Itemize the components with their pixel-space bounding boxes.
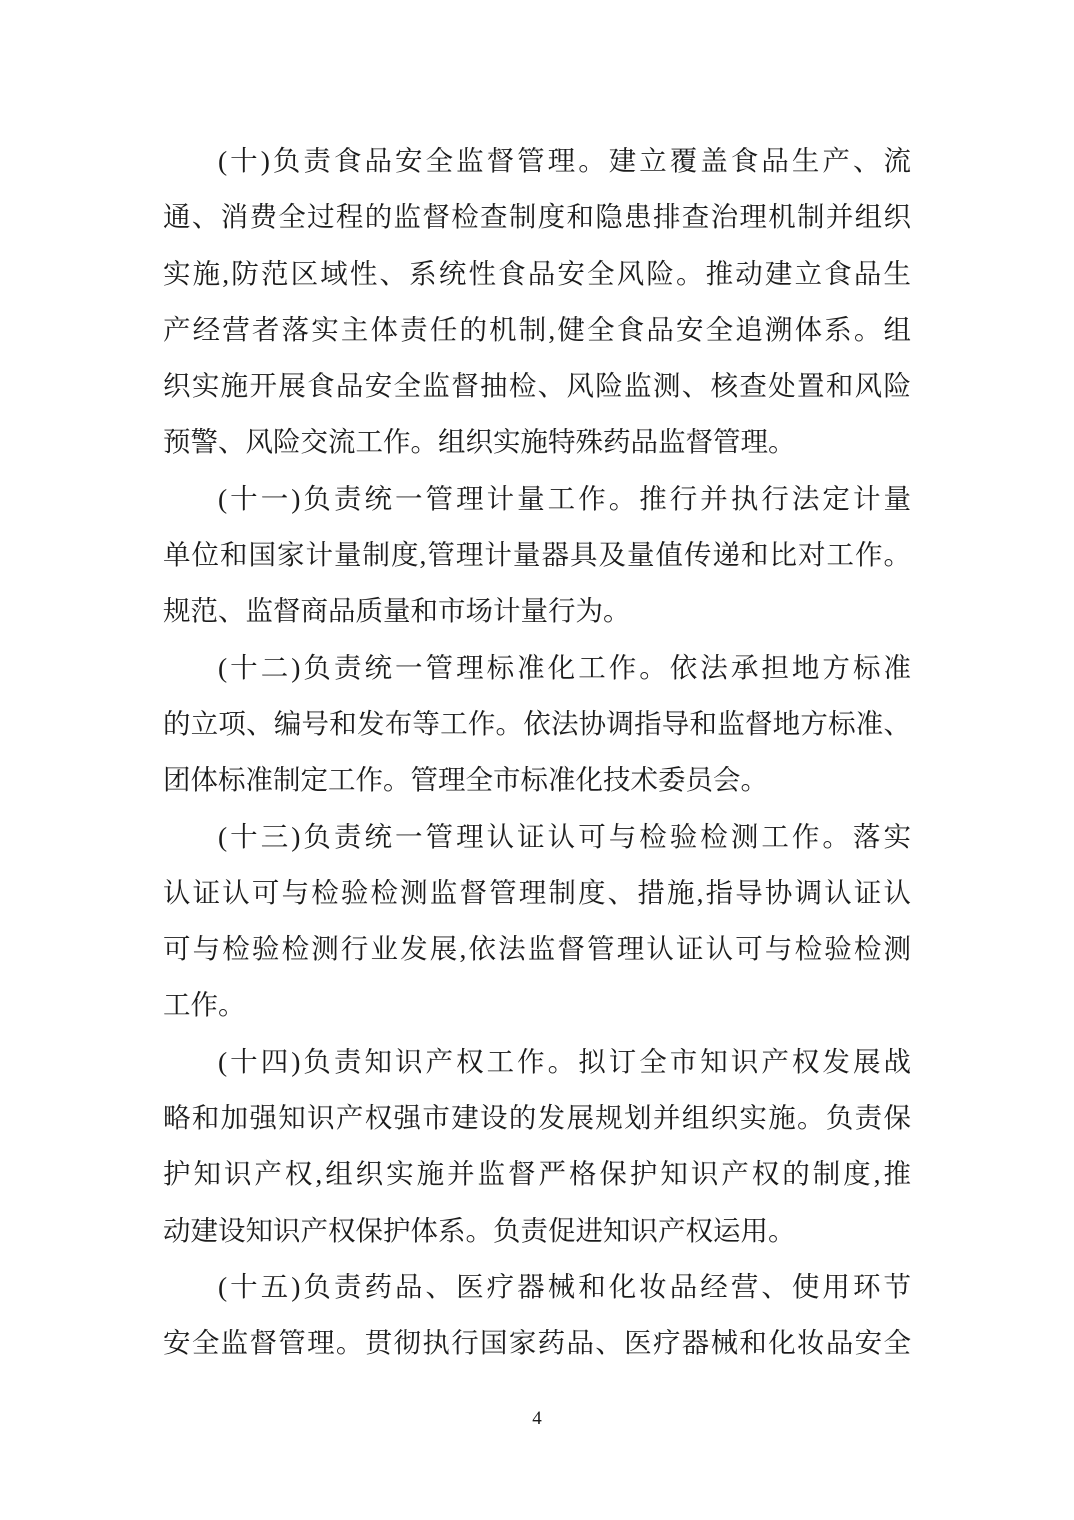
text-line: 工作。 (163, 977, 911, 1033)
document-body: (十)负责食品安全监督管理。建立覆盖食品生产、流通、消费全过程的监督检查制度和隐… (163, 133, 911, 1372)
text-line: 的立项、编号和发布等工作。依法协调指导和监督地方标准、 (163, 696, 911, 752)
text-line: 实施,防范区域性、系统性食品安全风险。推动建立食品生 (163, 246, 911, 302)
text-line: (十五)负责药品、医疗器械和化妆品经营、使用环节 (163, 1259, 911, 1315)
text-line: 认证认可与检验检测监督管理制度、措施,指导协调认证认 (163, 865, 911, 921)
text-line: (十三)负责统一管理认证认可与检验检测工作。落实 (163, 809, 911, 865)
text-line: 织实施开展食品安全监督抽检、风险监测、核查处置和风险 (163, 358, 911, 414)
page-number: 4 (532, 1408, 542, 1429)
paragraph: (十一)负责统一管理计量工作。推行并执行法定计量单位和国家计量制度,管理计量器具… (163, 471, 911, 640)
text-line: 安全监督管理。贯彻执行国家药品、医疗器械和化妆品安全 (163, 1315, 911, 1371)
text-line: 动建设知识产权保护体系。负责促进知识产权运用。 (163, 1203, 911, 1259)
paragraph: (十二)负责统一管理标准化工作。依法承担地方标准的立项、编号和发布等工作。依法协… (163, 640, 911, 809)
document-page: (十)负责食品安全监督管理。建立覆盖食品生产、流通、消费全过程的监督检查制度和隐… (0, 0, 1074, 1520)
page-footer: 4 (0, 1406, 1074, 1432)
text-line: 预警、风险交流工作。组织实施特殊药品监督管理。 (163, 414, 911, 470)
text-line: 略和加强知识产权强市建设的发展规划并组织实施。负责保 (163, 1090, 911, 1146)
text-line: (十二)负责统一管理标准化工作。依法承担地方标准 (163, 640, 911, 696)
text-line: 通、消费全过程的监督检查制度和隐患排查治理机制并组织 (163, 189, 911, 245)
text-line: (十一)负责统一管理计量工作。推行并执行法定计量 (163, 471, 911, 527)
paragraph: (十三)负责统一管理认证认可与检验检测工作。落实认证认可与检验检测监督管理制度、… (163, 809, 911, 1034)
paragraph: (十五)负责药品、医疗器械和化妆品经营、使用环节安全监督管理。贯彻执行国家药品、… (163, 1259, 911, 1372)
paragraph: (十)负责食品安全监督管理。建立覆盖食品生产、流通、消费全过程的监督检查制度和隐… (163, 133, 911, 471)
text-line: 规范、监督商品质量和市场计量行为。 (163, 583, 911, 639)
text-line: 护知识产权,组织实施并监督严格保护知识产权的制度,推 (163, 1146, 911, 1202)
text-line: 产经营者落实主体责任的机制,健全食品安全追溯体系。组 (163, 302, 911, 358)
text-line: (十四)负责知识产权工作。拟订全市知识产权发展战 (163, 1034, 911, 1090)
text-line: 单位和国家计量制度,管理计量器具及量值传递和比对工作。 (163, 527, 911, 583)
paragraph: (十四)负责知识产权工作。拟订全市知识产权发展战略和加强知识产权强市建设的发展规… (163, 1034, 911, 1259)
text-line: (十)负责食品安全监督管理。建立覆盖食品生产、流 (163, 133, 911, 189)
text-line: 可与检验检测行业发展,依法监督管理认证认可与检验检测 (163, 921, 911, 977)
text-line: 团体标准制定工作。管理全市标准化技术委员会。 (163, 752, 911, 808)
